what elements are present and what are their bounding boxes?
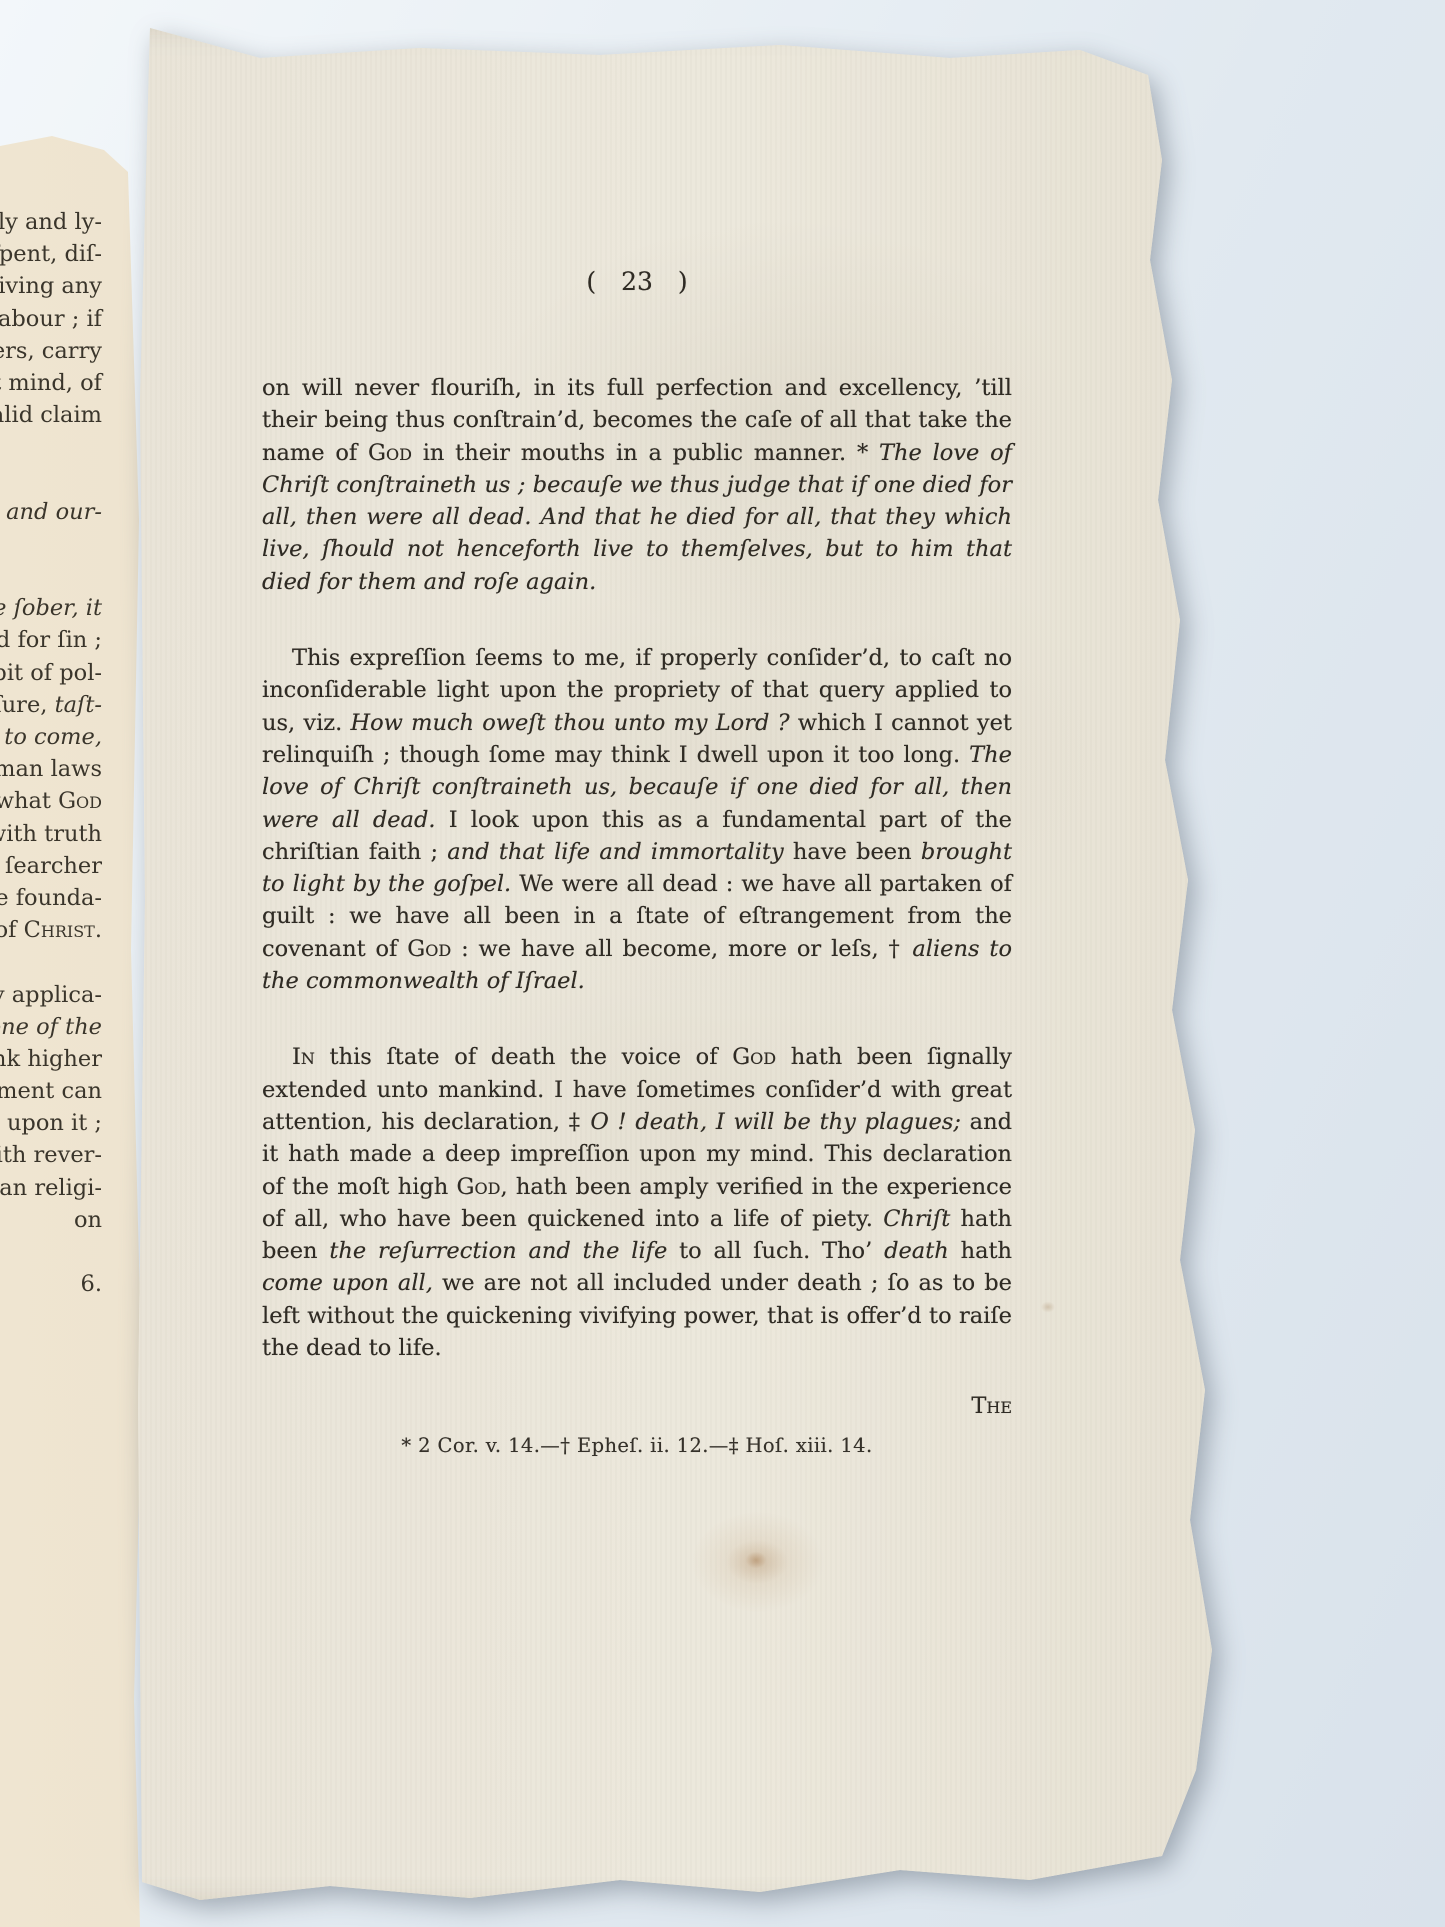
- stain: [726, 1540, 788, 1584]
- text-segment: hath: [949, 1238, 1012, 1264]
- text-segment: Chriſt: [883, 1206, 950, 1232]
- text-segment: God: [457, 1174, 501, 1200]
- text-segment: God: [407, 936, 451, 962]
- text-segment: God: [732, 1044, 776, 1070]
- text-segment: God: [368, 440, 412, 466]
- text-segment: How much oweſt thou unto my Lord ?: [351, 710, 790, 736]
- book-page: ( 23 ) on will never flouriſh, in its fu…: [0, 0, 1445, 1927]
- paragraph: This expreſſion ſeems to me, if properly…: [262, 642, 1012, 997]
- text-segment: have been: [784, 839, 921, 865]
- text-segment: this ſtate of death the voice of: [315, 1044, 732, 1070]
- catchword: The: [971, 1393, 1012, 1419]
- footnote: * 2 Cor. v. 14.—† Epheſ. ii. 12.—‡ Hoſ. …: [262, 1434, 1012, 1457]
- text-segment: O ! death, I will be thy plagues;: [590, 1109, 961, 1135]
- paragraph: on will never flouriſh, in its full perf…: [262, 372, 1012, 598]
- paragraph: In this ſtate of death the voice of God …: [262, 1041, 1012, 1364]
- text-segment: death: [884, 1238, 949, 1264]
- right-page-wrap: ( 23 ) on will never flouriſh, in its fu…: [0, 0, 1445, 1927]
- text-segment: The: [971, 1393, 1012, 1419]
- text-segment: come upon all,: [262, 1270, 433, 1296]
- catchword-row: The: [262, 1390, 1012, 1422]
- page-number: ( 23 ): [262, 266, 1012, 298]
- text-segment: the reſurrection and the life: [329, 1238, 667, 1264]
- text-segment: and that life and immortality: [447, 839, 783, 865]
- paragraphs: on will never flouriſh, in its full perf…: [262, 372, 1012, 1364]
- book-photo: rly and ly-ſpent, diſ-eiving anylabour ;…: [0, 0, 1445, 1927]
- text-segment: : we have all become, more or leſs, †: [451, 936, 912, 962]
- text-column: ( 23 ) on will never flouriſh, in its fu…: [262, 266, 1012, 1457]
- text-segment: to all ſuch. Tho’: [667, 1238, 884, 1264]
- text-segment: in their mouths in a public manner. *: [412, 440, 879, 466]
- text-segment: In: [292, 1044, 315, 1070]
